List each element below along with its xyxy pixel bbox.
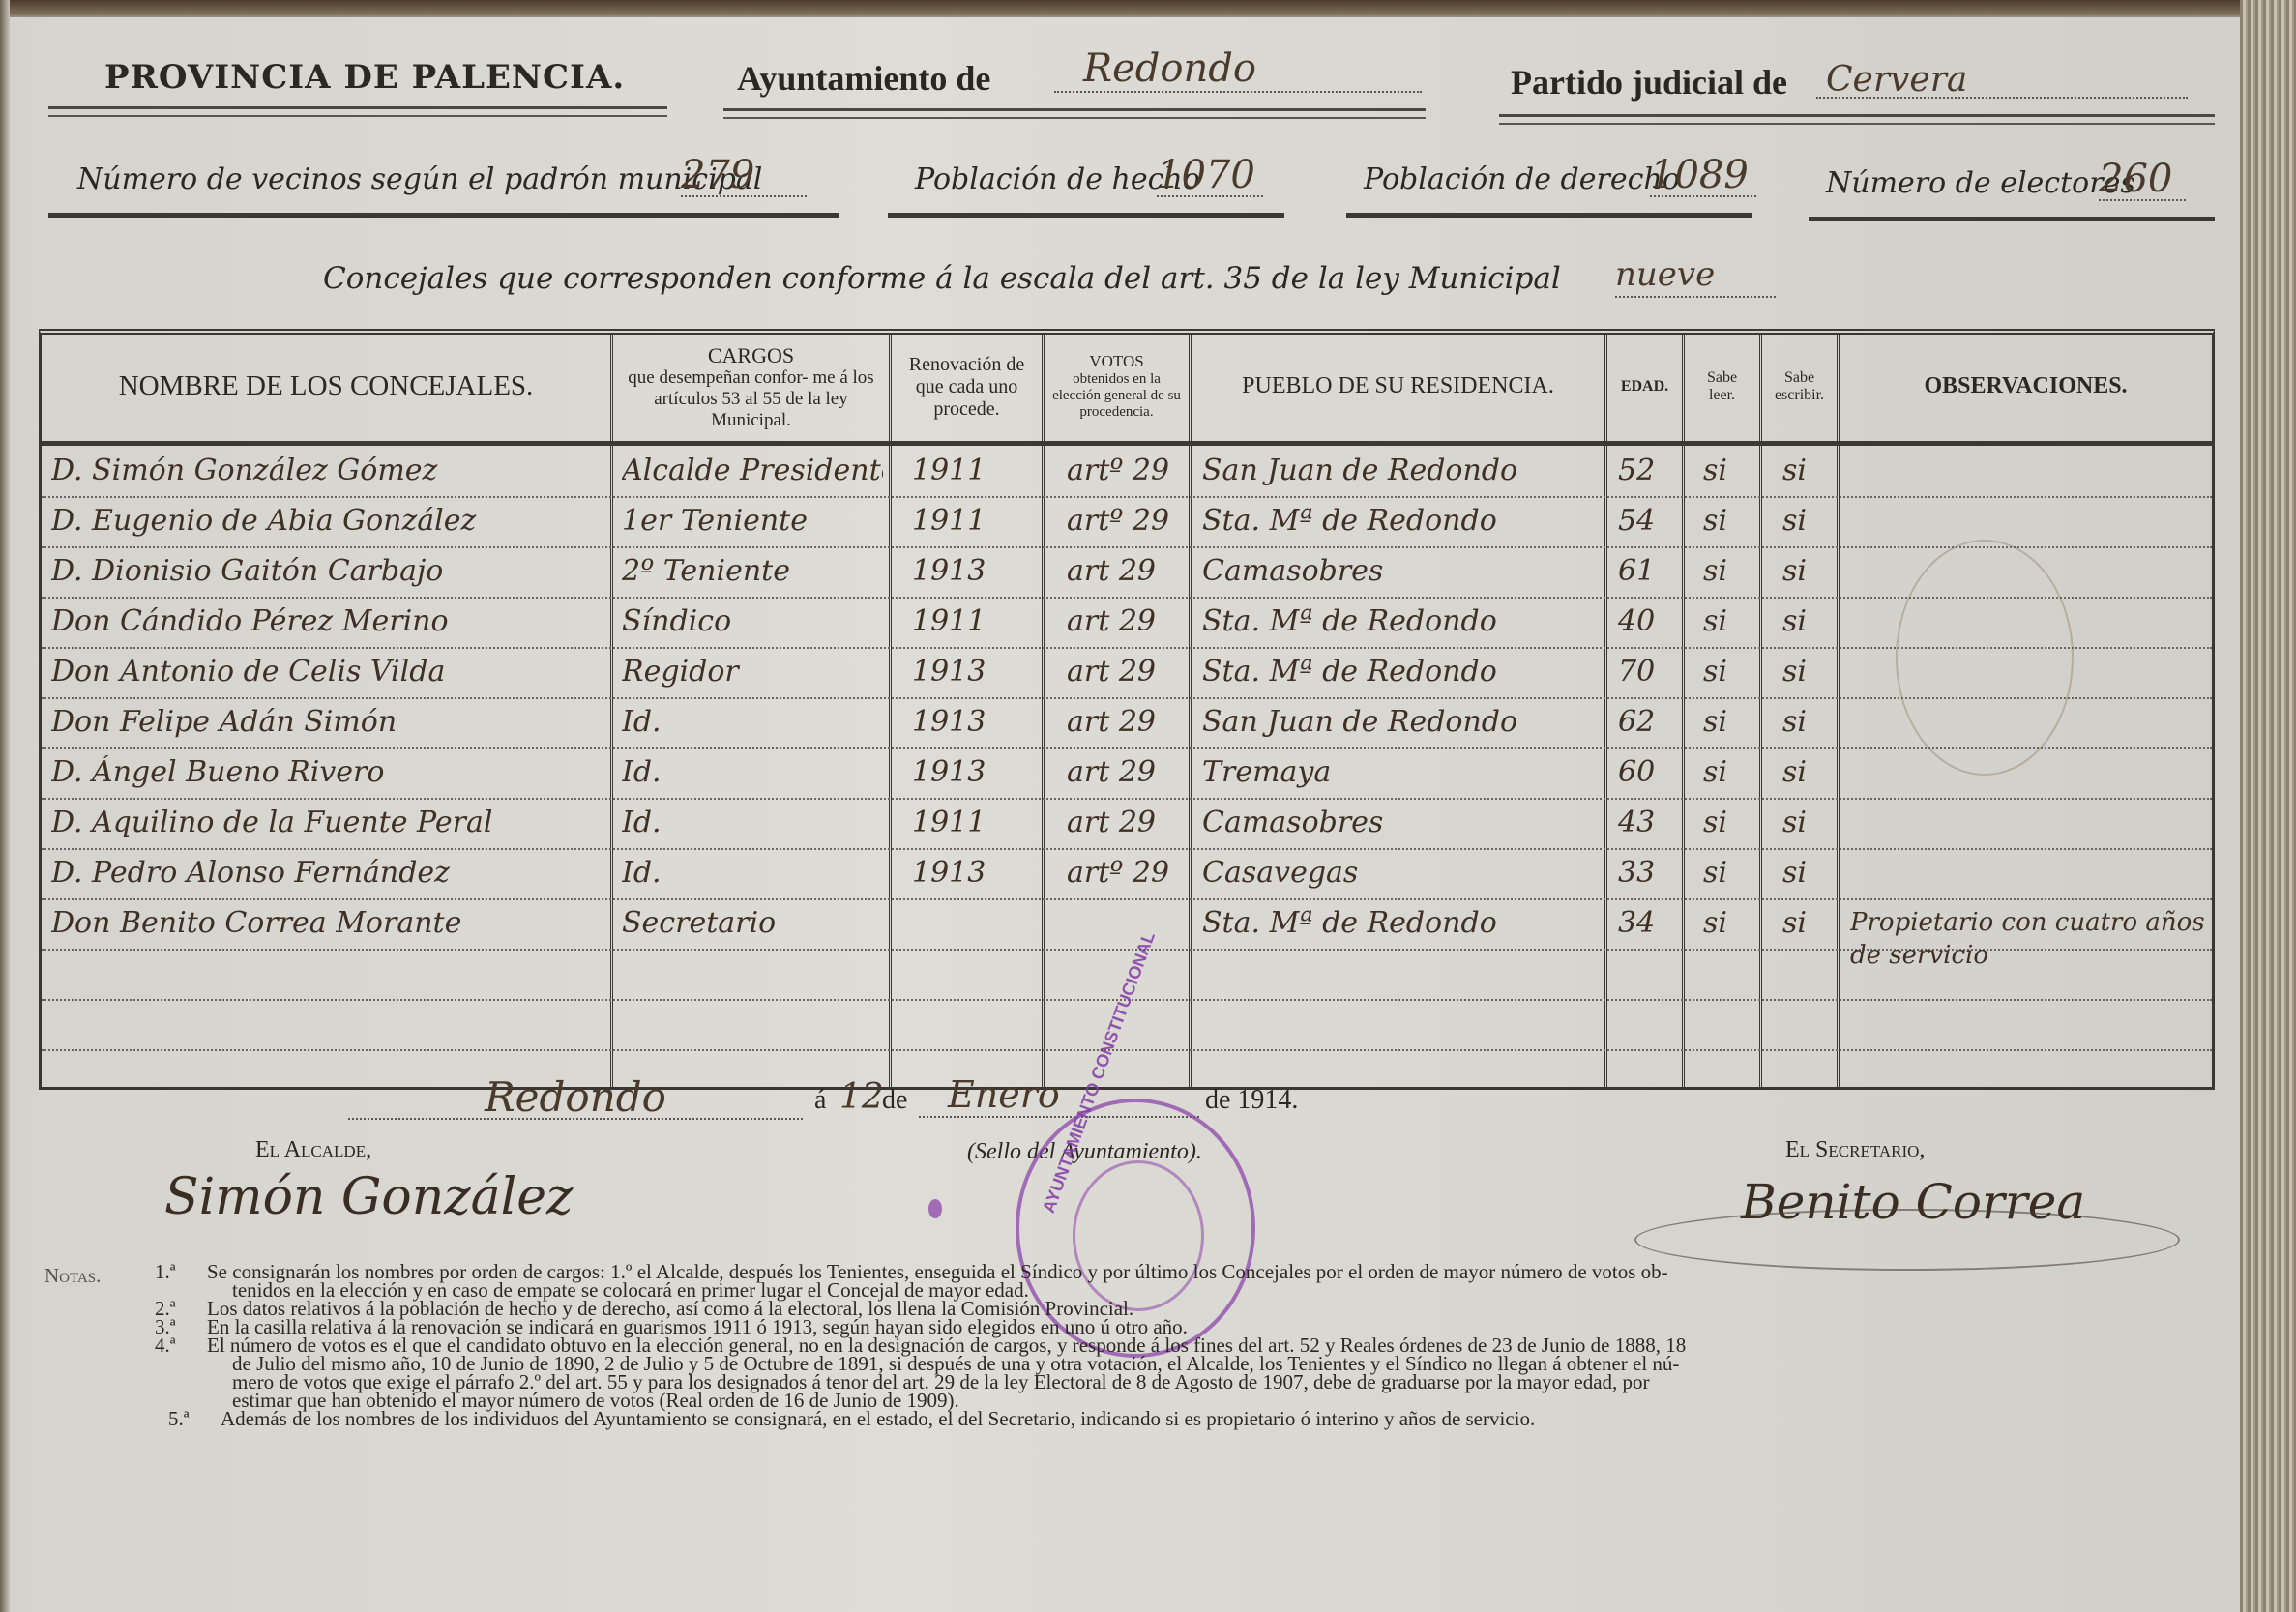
column-header-escribir: Sabe escribir. [1762,335,1837,439]
alcalde-signature: Simón González [164,1168,573,1226]
electores-value: 260 [2099,157,2186,201]
cell-cargo: Secretario [622,906,883,940]
cell-edad: 52 [1618,454,1655,487]
column-header-edad: EDAD. [1607,335,1682,439]
cell-nombre: Don Felipe Adán Simón [51,705,603,739]
cell-edad: 34 [1618,906,1655,940]
note-5: 5.ªAdemás de los nombres de los individu… [155,1410,2215,1428]
column-header-cargos: CARGOS que desempeñan confor- me á los a… [613,335,889,439]
header-rule [1499,114,2215,125]
cell-leer: si [1703,554,1727,588]
day-value: 12 [839,1077,884,1117]
partido-label: Partido judicial de [1511,62,1787,103]
cell-leer: si [1703,705,1727,739]
cell-edad: 54 [1618,504,1655,538]
cell-nombre: Don Cándido Pérez Merino [51,604,603,638]
cell-escribir: si [1782,856,1807,890]
cell-votos: art 29 [1067,705,1156,739]
stats-rule [48,213,839,218]
header-rule [723,108,1426,119]
cell-cargo: Id. [622,755,883,789]
note-number: 5.ª [168,1410,221,1428]
cell-edad: 60 [1618,755,1655,789]
cell-pueblo: Sta. Mª de Redondo [1202,906,1599,940]
ayuntamiento-label: Ayuntamiento de [737,58,990,99]
cell-escribir: si [1782,504,1807,538]
cell-leer: si [1703,454,1727,487]
cell-votos: art 29 [1067,806,1156,839]
cell-votos: art 29 [1067,554,1156,588]
cell-leer: si [1703,906,1727,940]
cell-escribir: si [1782,604,1807,638]
cell-votos: art 29 [1067,655,1156,689]
cell-leer: si [1703,755,1727,789]
cell-escribir: si [1782,554,1807,588]
alcalde-label: El Alcalde, [255,1137,371,1163]
cell-votos: artº 29 [1067,504,1169,538]
book-page-edges [2240,0,2296,1612]
cell-renovacion: 1911 [912,806,986,839]
cell-renovacion: 1913 [912,856,986,890]
partido-value: Cervera [1816,60,2188,99]
cell-nombre: D. Eugenio de Abia González [51,504,603,538]
notes-label: Notas. [44,1267,101,1285]
concejales-value: nueve [1615,255,1776,298]
cell-cargo: Id. [622,806,883,839]
cell-votos: artº 29 [1067,856,1169,890]
column-header-cargos-title: CARGOS [708,343,794,367]
cell-cargo: Síndico [622,604,883,638]
cell-cargo: Id. [622,856,883,890]
cell-renovacion: 1911 [912,504,986,538]
cell-edad: 33 [1618,856,1655,890]
table-row: D. Aquilino de la Fuente Peral Id. 1911 … [42,800,2212,850]
note-number: 4.ª [155,1336,207,1355]
province-title: PROVINCIA DE PALENCIA. [104,58,625,97]
cell-nombre: D. Simón González Gómez [51,454,603,487]
cell-edad: 62 [1618,705,1655,739]
cell-votos: artº 29 [1067,454,1169,487]
cell-renovacion: 1911 [912,454,986,487]
notes-list: 1.ªSe consignarán los nombres por orden … [155,1263,2215,1428]
ayuntamiento-value: Redondo [1054,46,1422,93]
cell-nombre: D. Dionisio Gaitón Carbajo [51,554,603,588]
cell-cargo: 1er Teniente [622,504,883,538]
header-rule [42,441,2212,446]
table-row: Don Benito Correa Morante Secretario Sta… [42,900,2212,951]
de-label: de [882,1085,907,1116]
electores-label: Número de electores [1826,166,2135,200]
cell-leer: si [1703,655,1727,689]
stats-rule [888,213,1284,218]
cell-nombre: Don Antonio de Celis Vilda [51,655,603,689]
table-row: D. Simón González Gómez Alcalde Presiden… [42,448,2212,498]
cell-cargo: 2º Teniente [622,554,883,588]
cell-renovacion: 1913 [912,655,986,689]
cell-escribir: si [1782,705,1807,739]
cell-pueblo: San Juan de Redondo [1202,454,1599,487]
cell-edad: 70 [1618,655,1655,689]
cell-renovacion: 1913 [912,755,986,789]
cell-cargo: Alcalde Presidente [622,454,883,487]
cell-escribir: si [1782,454,1807,487]
cell-edad: 43 [1618,806,1655,839]
table-row: Don Cándido Pérez Merino Síndico 1911 ar… [42,599,2212,649]
column-header-votos: VOTOS obtenidos en la elección general d… [1045,335,1189,439]
cell-cargo: Id. [622,705,883,739]
cell-leer: si [1703,504,1727,538]
note-number: 1.ª [155,1263,207,1281]
cell-pueblo: Sta. Mª de Redondo [1202,655,1599,689]
cell-pueblo: Sta. Mª de Redondo [1202,604,1599,638]
hecho-value: 1070 [1157,153,1263,197]
cell-renovacion: 1911 [912,604,986,638]
signature-flourish [1634,1209,2180,1271]
cell-cargo: Regidor [622,655,883,689]
table-row: Don Felipe Adán Simón Id. 1913 art 29 Sa… [42,699,2212,749]
cell-escribir: si [1782,806,1807,839]
table-row: D. Dionisio Gaitón Carbajo 2º Teniente 1… [42,548,2212,599]
cell-pueblo: San Juan de Redondo [1202,705,1599,739]
table-row: Don Antonio de Celis Vilda Regidor 1913 … [42,649,2212,699]
cell-nombre: D. Aquilino de la Fuente Peral [51,806,603,839]
day-prefix: á [814,1085,826,1116]
note-line: Además de los nombres de los individuos … [221,1407,1535,1430]
column-header-votos-sub: obtenidos en la elección general de su p… [1045,371,1189,422]
cell-pueblo: Sta. Mª de Redondo [1202,504,1599,538]
derecho-value: 1089 [1650,153,1756,197]
cell-renovacion: 1913 [912,705,986,739]
column-header-votos-title: VOTOS [1089,352,1143,371]
form-page: PROVINCIA DE PALENCIA. Ayuntamiento de R… [10,17,2240,1612]
vecinos-label: Número de vecinos según el padrón munici… [77,162,762,196]
column-header-leer: Sabe leer. [1685,335,1759,439]
cell-pueblo: Camasobres [1202,806,1599,839]
year-value: de 1914. [1205,1085,1298,1116]
column-header-renovacion: Renovación de que cada uno procede. [892,335,1042,439]
cell-renovacion: 1913 [912,554,986,588]
cell-pueblo: Casavegas [1202,856,1599,890]
cell-escribir: si [1782,655,1807,689]
cell-nombre: D. Pedro Alonso Fernández [51,856,603,890]
cell-escribir: si [1782,906,1807,940]
cell-nombre: Don Benito Correa Morante [51,906,603,940]
cell-pueblo: Camasobres [1202,554,1599,588]
cell-votos: art 29 [1067,604,1156,638]
column-header-pueblo: PUEBLO DE SU RESIDENCIA. [1192,335,1604,439]
cell-nombre: D. Ángel Bueno Rivero [51,755,603,789]
header-rule [48,106,667,117]
table-row: D. Pedro Alonso Fernández Id. 1913 artº … [42,850,2212,900]
stats-rule [1346,213,1752,218]
cell-edad: 61 [1618,554,1655,588]
table-row: D. Eugenio de Abia González 1er Teniente… [42,498,2212,548]
cell-leer: si [1703,856,1727,890]
column-header-cargos-sub: que desempeñan confor- me á los artículo… [613,367,889,431]
column-header-observaciones: OBSERVACIONES. [1840,335,2212,439]
cell-leer: si [1703,604,1727,638]
table-row: D. Ángel Bueno Rivero Id. 1913 art 29 Tr… [42,749,2212,800]
cell-edad: 40 [1618,604,1655,638]
cell-votos: art 29 [1067,755,1156,789]
column-header-nombre: NOMBRE DE LOS CONCEJALES. [42,335,610,439]
stats-rule [1809,217,2215,221]
cell-pueblo: Tremaya [1202,755,1599,789]
secretario-label: El Secretario, [1785,1137,1925,1163]
vecinos-value: 279 [681,153,807,197]
place-value: Redondo [348,1073,803,1120]
concejales-label: Concejales que corresponden conforme á l… [323,261,1561,296]
cell-escribir: si [1782,755,1807,789]
cell-leer: si [1703,806,1727,839]
ink-spot [928,1199,942,1218]
derecho-label: Población de derecho [1364,162,1680,196]
book-left-edge [0,0,10,1612]
